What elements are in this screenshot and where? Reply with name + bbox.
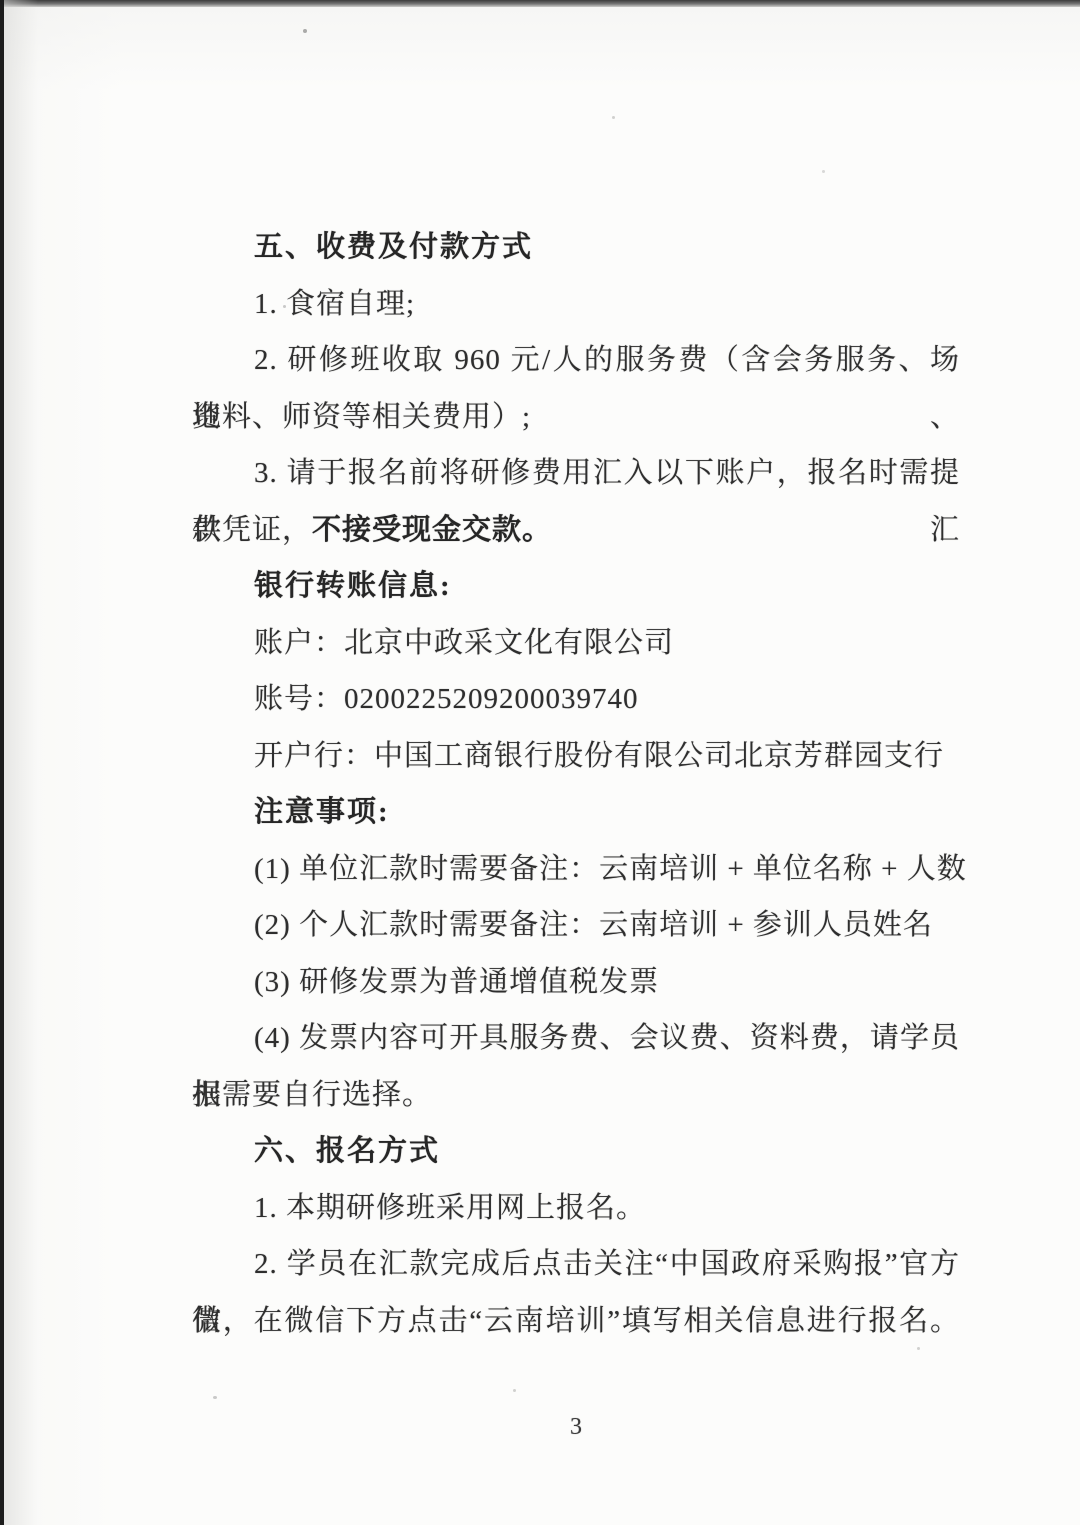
- note-3-invoice-type: (3) 研修发票为普通增值税发票: [192, 954, 960, 1011]
- scan-edge-left-fade: [4, 0, 38, 1525]
- no-cash-bold-text: 不接受现金交款。: [312, 514, 552, 546]
- reg-item-wechat-line-2: 信，在微信下方点击“云南培训”填写相关信息进行报名。: [192, 1293, 960, 1350]
- heading-notes: 注意事项:: [192, 784, 960, 841]
- bank-branch: 开户行：中国工商银行股份有限公司北京芳群园支行: [192, 728, 960, 785]
- note-2-personal-remit-memo: (2) 个人汇款时需要备注：云南培训 + 参训人员姓名: [192, 897, 960, 954]
- reg-item-wechat-line-1: 2. 学员在汇款完成后点击关注“中国政府采购报”官方微: [192, 1236, 960, 1293]
- heading-registration-method: 六、报名方式: [192, 1123, 960, 1180]
- scan-speckle: [612, 116, 615, 119]
- heading-fees-and-payment: 五、收费及付款方式: [192, 219, 960, 276]
- item-service-fee-line-1: 2. 研修班收取 960 元/人的服务费（含会务服务、场地、: [192, 332, 960, 389]
- scan-speckle: [213, 1396, 217, 1399]
- scan-speckle: [513, 1389, 516, 1392]
- reg-item-online: 1. 本期研修班采用网上报名。: [192, 1180, 960, 1237]
- note-4-invoice-content-line-1: (4) 发票内容可开具服务费、会议费、资料费，请学员根: [192, 1010, 960, 1067]
- remittance-normal-text: 款凭证，: [192, 514, 312, 546]
- scan-speckle: [822, 170, 825, 173]
- bank-account-name: 账户：北京中政采文化有限公司: [192, 615, 960, 672]
- note-4-invoice-content-line-2: 据需要自行选择。: [192, 1067, 960, 1124]
- item-board-self-pay: 1. 食宿自理;: [192, 276, 960, 333]
- scan-edge-top: [0, 0, 1080, 7]
- bank-account-number: 账号：0200225209200039740: [192, 671, 960, 728]
- note-1-unit-remit-memo: (1) 单位汇款时需要备注：云南培训 + 单位名称 + 人数: [192, 841, 960, 898]
- document-body: 五、收费及付款方式 1. 食宿自理; 2. 研修班收取 960 元/人的服务费（…: [192, 219, 960, 1349]
- heading-bank-transfer-info: 银行转账信息:: [192, 558, 960, 615]
- page-number: 3: [192, 1414, 960, 1441]
- scan-speckle: [303, 29, 307, 33]
- item-remittance-line-1: 3. 请于报名前将研修费用汇入以下账户，报名时需提供汇: [192, 445, 960, 502]
